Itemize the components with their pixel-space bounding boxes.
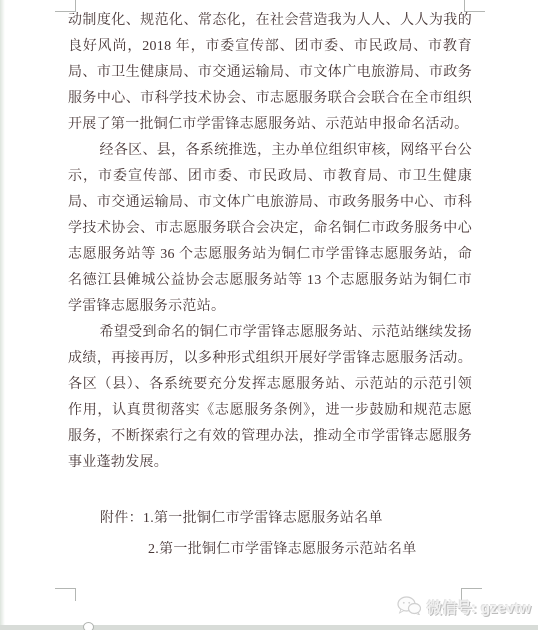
wechat-watermark: 微信号: gzevtw: [397, 596, 531, 619]
wechat-icon: [397, 596, 421, 619]
document-body: 动制度化、规范化、常态化，在社会营造我为人人、人人为我的良好风尚，2018 年，…: [68, 8, 472, 565]
attachments-block: 附件：1.第一批铜仁市学雷锋志愿服务站名单 2.第一批铜仁市学雷锋志愿服务示范站…: [68, 503, 472, 565]
attachments-label: 附件：: [100, 511, 143, 526]
page-left-edge: [0, 0, 5, 630]
document-page: 动制度化、规范化、常态化，在社会营造我为人人、人人为我的良好风尚，2018 年，…: [0, 0, 538, 630]
attachment-item-1-text: 1.第一批铜仁市学雷锋志愿服务站名单: [143, 511, 383, 526]
wechat-id-text: 微信号: gzevtw: [427, 597, 531, 618]
attachment-item-1: 附件：1.第一批铜仁市学雷锋志愿服务站名单: [100, 503, 472, 534]
attachment-item-2: 2.第一批铜仁市学雷锋志愿服务示范站名单: [148, 534, 472, 565]
text-boundary-mark-bottom-left: [55, 588, 76, 601]
paragraph-continuation: 动制度化、规范化、常态化，在社会营造我为人人、人人为我的良好风尚，2018 年，…: [68, 8, 472, 138]
page-bottom-edge: [0, 625, 538, 630]
paragraph-naming-decision: 经各区、县，各系统推选，主办单位组织审核，网络平台公示，市委宣传部、团市委、市民…: [68, 138, 472, 320]
paragraph-expectations: 希望受到命名的铜仁市学雷锋志愿服务站、示范站继续发扬成绩，再接再厉，以多种形式组…: [68, 320, 472, 476]
page-divider-dot: [83, 622, 94, 630]
attachment-item-2-text: 2.第一批铜仁市学雷锋志愿服务示范站名单: [148, 542, 417, 557]
